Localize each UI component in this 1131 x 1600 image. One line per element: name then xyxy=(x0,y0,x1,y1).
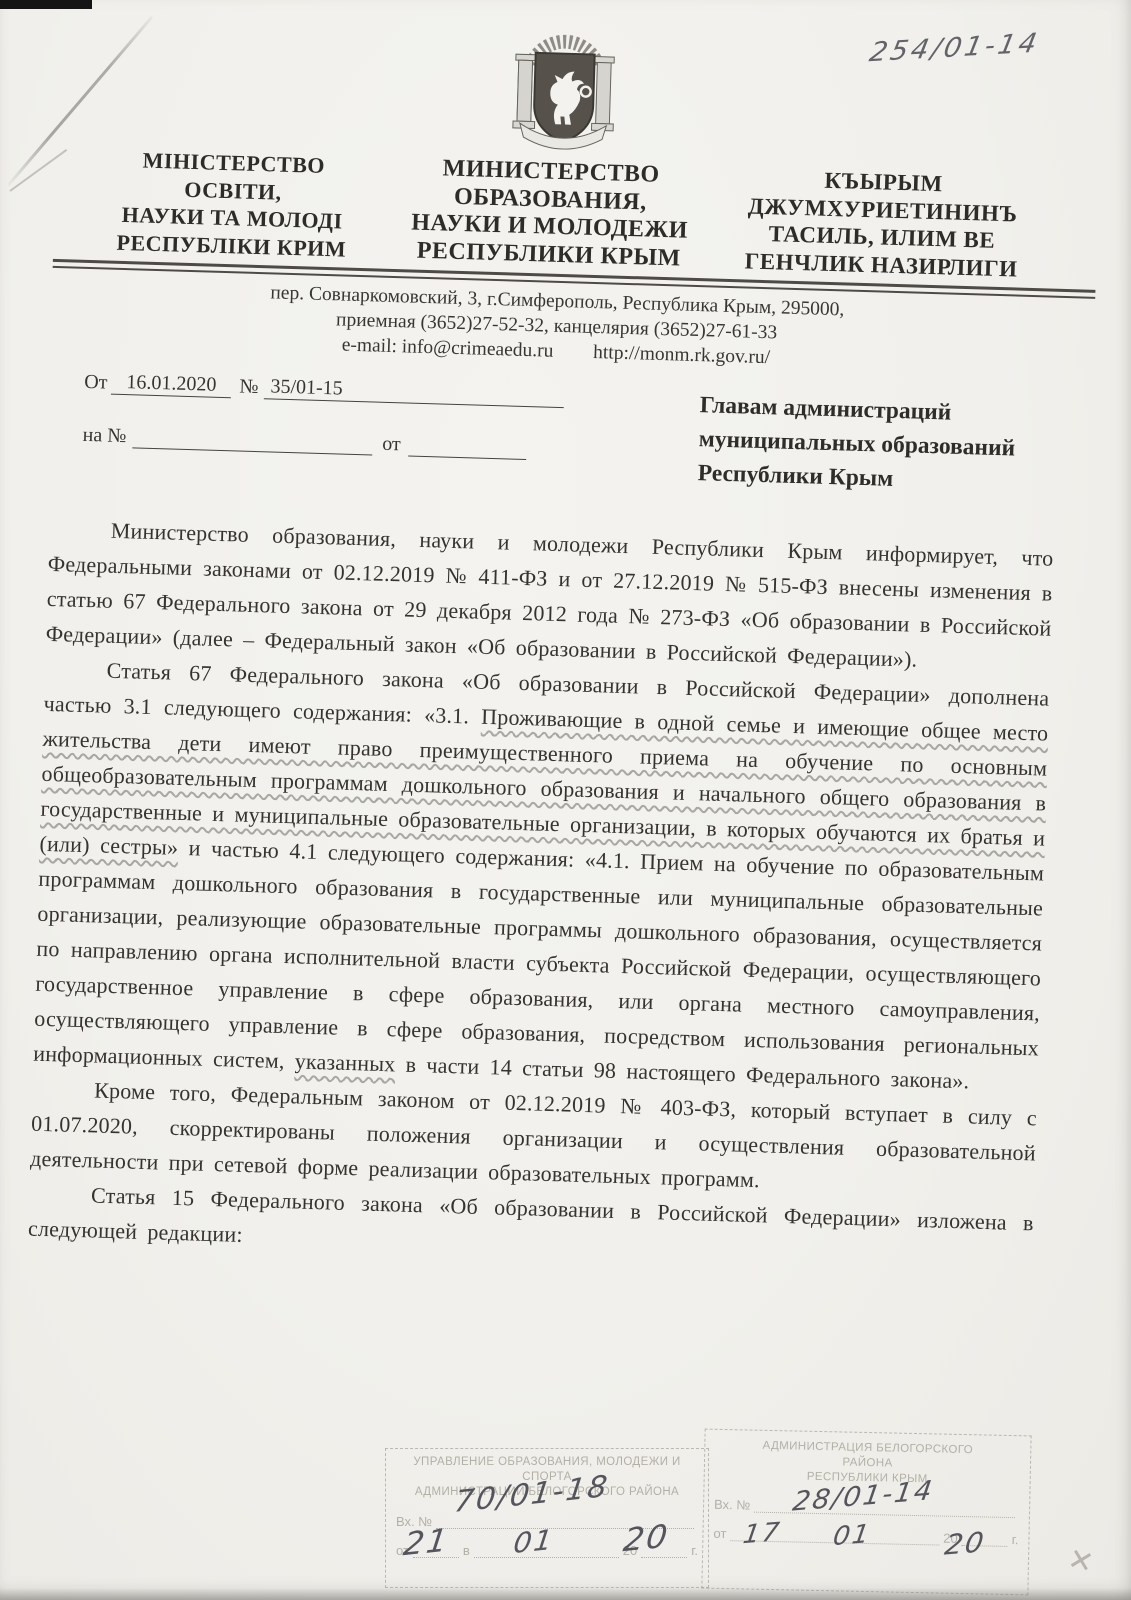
scan-bottom-shadow xyxy=(0,1588,1131,1600)
incoming-number-blank xyxy=(132,447,372,455)
website: http://monm.rk.gov.ru/ xyxy=(593,342,770,368)
handwritten-month: 01 xyxy=(512,1523,557,1560)
letter-body: Министерство образования, науки и молоде… xyxy=(28,511,1054,1275)
body-paragraph: Статья 67 Федерального закона «Об образо… xyxy=(33,651,1050,1101)
registration-stamp-right: АДМИНИСТРАЦИЯ БЕЛОГОРСКОГО РАЙОНА РЕСПУБ… xyxy=(701,1429,1031,1596)
vx-label: Вх. № xyxy=(714,1497,751,1513)
reference-block: От 16.01.2020 № 35/01-15 на № от xyxy=(82,370,565,486)
handwritten-day: 21 xyxy=(401,1521,451,1563)
scan-edge-artifact xyxy=(0,0,92,9)
left-column xyxy=(512,54,536,128)
outgoing-reference: От 16.01.2020 № 35/01-15 xyxy=(84,370,565,408)
outgoing-number: 35/01-15 xyxy=(264,375,564,408)
stray-pen-mark: ✕ xyxy=(1064,1541,1097,1581)
crimea-coat-of-arms xyxy=(503,13,625,156)
handwritten-year: 20 xyxy=(943,1526,988,1562)
letterhead-crimean-tatar: КЪЫРЫМ ДЖУМХУРИЕТИНИНЪ ТАСИЛЬ, ИЛИМ ВЕ Г… xyxy=(716,164,1049,284)
ot-label: от xyxy=(382,433,401,457)
letterhead-russian: МИНИСТЕРСТВО ОБРАЗОВАНИЯ, НАУКИ И МОЛОДЕ… xyxy=(388,154,711,273)
incoming-reference: на № от xyxy=(82,424,562,461)
outgoing-date: 16.01.2020 xyxy=(111,371,232,399)
scanned-letter-page: 254/01-14 МІНІСТЕРСТВО xyxy=(0,0,1131,1600)
email: e-mail: info@crimeaedu.ru xyxy=(341,335,553,362)
reference-and-addressee: От 16.01.2020 № 35/01-15 на № от Главам … xyxy=(0,367,1120,503)
ot-label: от xyxy=(713,1526,726,1541)
addressee-block: Главам администраций муниципальных образ… xyxy=(697,388,1060,501)
handwritten-year: 20 xyxy=(621,1517,671,1559)
document-content: 254/01-14 МІНІСТЕРСТВО xyxy=(0,0,1131,1277)
g-label: г. xyxy=(691,1543,698,1558)
na-label: на № xyxy=(82,424,126,448)
v-label: в xyxy=(463,1543,470,1558)
handwritten-day: 17 xyxy=(741,1517,783,1550)
number-sign: № xyxy=(239,375,259,399)
incoming-date-blank xyxy=(408,456,526,461)
handwritten-month: 01 xyxy=(831,1519,873,1552)
body-text-segment: Министерство образования, науки и молоде… xyxy=(45,518,1053,672)
from-label: От xyxy=(84,371,108,395)
handwritten-corner-number: 254/01-14 xyxy=(867,28,1042,68)
g-label: г. xyxy=(1012,1532,1019,1547)
registration-stamp-left: УПРАВЛЕНИЕ ОБРАЗОВАНИЯ, МОЛОДЕЖИ И СПОРТ… xyxy=(385,1448,709,1588)
letterhead-ukrainian: МІНІСТЕРСТВО ОСВІТИ, НАУКИ ТА МОЛОДІ РЕС… xyxy=(81,145,384,264)
underlined-text: указанных xyxy=(294,1048,395,1076)
body-text-segment: и частью 4.1 следующего содержания: «4.1… xyxy=(33,835,1045,1074)
